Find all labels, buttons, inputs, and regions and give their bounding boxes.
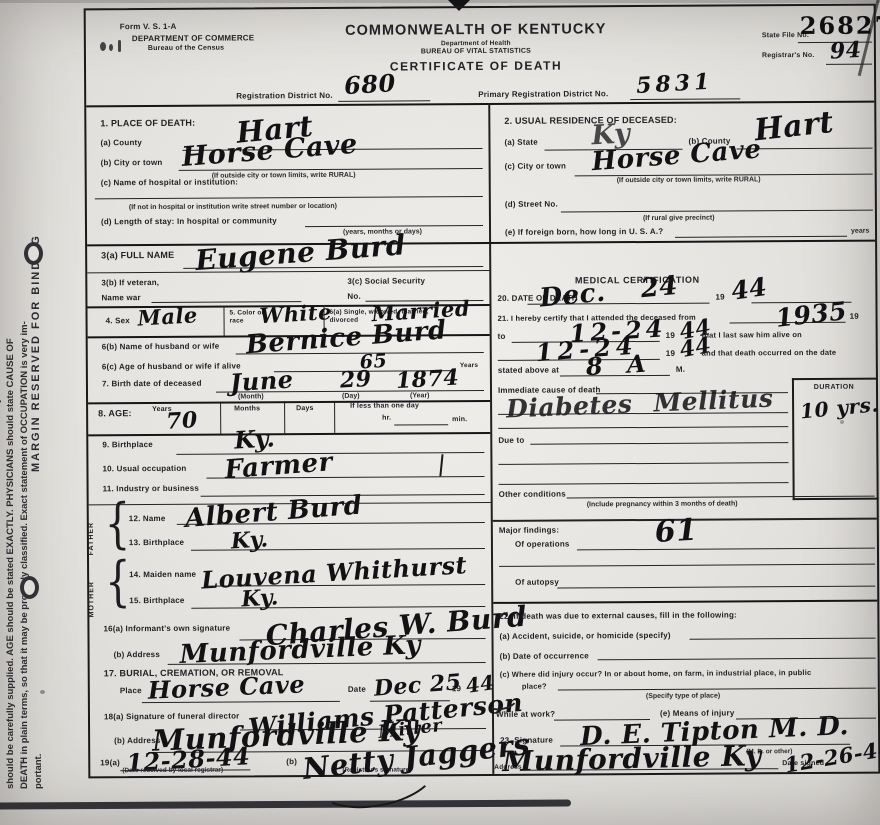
autopsy-label: Of autopsy [515, 578, 559, 587]
external-c-label: (c) Where did injury occur? In or about … [500, 668, 812, 679]
rule-line [630, 98, 740, 100]
certificate-form: Form V. S. 1-A DEPARTMENT OF COMMERCE Bu… [84, 4, 880, 779]
other-conditions-label: Other conditions [499, 489, 566, 498]
rule-line [86, 101, 874, 108]
dod-year-value: 44 [730, 274, 769, 304]
registrar-row-label-a: 19(a) [100, 758, 120, 767]
birth-year-value: 1874 [395, 367, 459, 393]
burial-date-label: Date [348, 685, 366, 694]
scan-bottom-band [0, 799, 571, 809]
rule-line [499, 564, 875, 567]
veteran-label: 3(b) If veteran, [101, 278, 159, 287]
state-file-number: 26827 [800, 13, 880, 38]
rule-line [675, 236, 847, 238]
bureau-vital-label: BUREAU OF VITAL STATISTICS [326, 47, 626, 56]
color-value: White [259, 301, 332, 326]
sex-value: Male [137, 304, 198, 328]
operations-mark-value: 61 [654, 516, 698, 548]
rule-line [87, 270, 489, 273]
margin-binding-note: MARGIN RESERVED FOR BINDING [30, 234, 42, 472]
pod-hospital-note: (If not in hospital or institution write… [129, 203, 337, 211]
primary-district-label: Primary Registration District No. [478, 89, 608, 99]
binding-hole-icon [20, 576, 39, 599]
cell-divider [334, 401, 335, 433]
physician-addr-value: Munfordville Ky [502, 742, 762, 776]
father-name-value: Albert Burd [184, 493, 363, 532]
scan-top-smear [0, 0, 880, 3]
m-label: M. [676, 365, 685, 374]
mother-bp-value: Ky. [241, 586, 280, 610]
birth-date-label: 7. Birth date of deceased [102, 379, 202, 389]
birth-month-sub: (Month) [238, 393, 264, 400]
other-conditions-note: (Include pregnancy within 3 months of de… [587, 500, 738, 508]
res-county-value: Hart [753, 108, 835, 147]
cell-divider [284, 401, 285, 433]
to-year-prefix: 19 [666, 331, 675, 340]
rule-line [690, 638, 876, 640]
rule-line [558, 688, 876, 691]
informant-addr-label: (b) Address [114, 650, 160, 659]
mother-bp-label: 15. Birthplace [129, 596, 184, 605]
rule-line [394, 424, 448, 425]
birth-day-value: 29 [339, 368, 372, 392]
certify-year-prefix: 19 [850, 312, 859, 321]
margin-note-line2: should be carefully supplied. AGE should… [5, 338, 16, 789]
father-name-label: 12. Name [129, 514, 166, 523]
sex-label: 4. Sex [106, 316, 130, 325]
birth-month-value: June [229, 368, 294, 396]
rule-line [557, 586, 875, 589]
age-less-label: If less than one day [350, 402, 419, 409]
registrar-row-label-b: (b) [286, 757, 297, 766]
external-b-label: (b) Date of occurrence [500, 651, 589, 661]
rule-line [338, 100, 430, 102]
burial-place-value: Horse Cave [147, 672, 305, 702]
certify-end-label: and that death occurred on the date [702, 348, 837, 358]
full-name-label: 3(a) FULL NAME [101, 250, 174, 260]
father-bp-label: 13. Birthplace [129, 538, 184, 547]
pen-mark [439, 454, 443, 476]
death-time-value: 8 A [585, 351, 654, 379]
rule-line [577, 548, 875, 551]
res-street-note: (If rural give precinct) [643, 215, 715, 222]
rule-line [493, 600, 877, 604]
res-foreign-label: (e) If foreign born, how long in U. S. A… [505, 227, 663, 237]
rule-line [95, 196, 483, 199]
registrar-number: 94 [829, 39, 862, 63]
rule-line [88, 432, 490, 436]
form-number: Form V. S. 1-A [120, 22, 177, 31]
dod-year-prefix: 19 [715, 293, 724, 302]
burial-year-prefix: 19 [452, 684, 461, 693]
color-label2: race [230, 317, 244, 324]
rule-line [88, 400, 490, 404]
ssn-label: 3(c) Social Security [347, 276, 425, 285]
director-label: 18(a) Signature of funeral director [104, 711, 240, 721]
place-of-death-heading: 1. PLACE OF DEATH: [100, 118, 195, 129]
pod-city-label: (b) City or town [101, 158, 163, 167]
father-label: FATHER [88, 522, 95, 556]
rule-line [530, 442, 788, 445]
res-city-note: (If outside city or town limits, write R… [617, 176, 761, 184]
age-label: 8. AGE: [98, 408, 132, 418]
mother-label: MOTHER [88, 581, 95, 617]
reg-district-number: 680 [343, 71, 396, 98]
pod-county-label: (a) County [100, 138, 142, 147]
death-certificate-scan: N. B.—WRITE PLAINLY WITH UNFADING INK—TH… [0, 0, 880, 825]
occupation-value: Farmer [224, 449, 334, 483]
rule-line [826, 64, 872, 65]
rule-line [598, 658, 876, 661]
margin-note-line1: N. B.—WRITE PLAINLY WITH UNFADING INK—TH… [0, 309, 2, 789]
external-heading: 22. If death was due to external causes,… [499, 610, 737, 620]
duration-label: DURATION [794, 384, 874, 391]
primary-district-number: 5831 [636, 71, 714, 97]
external-c-label2: place? [522, 682, 547, 691]
operations-label: Of operations [515, 539, 570, 548]
external-a-label: (a) Accident, suicide, or homicide (spec… [499, 631, 670, 641]
spouse-age-suffix: Years [460, 362, 478, 369]
mid-year-prefix: 19 [666, 349, 675, 358]
res-state-label: (a) State [504, 138, 537, 147]
pod-stay-label: (d) Length of stay: In hospital or commu… [101, 216, 277, 226]
veteran-war-label: Name war [101, 293, 140, 302]
occupation-label: 10. Usual occupation [102, 464, 186, 474]
rule-line [498, 462, 788, 465]
ssn-no-label: No. [347, 292, 361, 301]
informant-sig-label: 16(a) Informant's own signature [103, 624, 230, 634]
due-to-label: Due to [498, 436, 524, 445]
rule-line [499, 482, 789, 485]
margin-note-line4: portant. [33, 754, 44, 789]
spouse-label: 6(b) Name of husband or wife [102, 342, 220, 352]
mother-brace: { [105, 555, 131, 609]
certify-mid-label: that I last saw him alive on [702, 330, 802, 340]
age-hr-label: hr. [382, 415, 391, 422]
father-bp-value: Ky. [230, 528, 269, 552]
commonwealth-title: COMMONWEALTH OF KENTUCKY [326, 21, 626, 39]
bureau-label: Bureau of the Census [148, 45, 224, 52]
rule-line [561, 210, 873, 213]
industry-label: 11. Industry or business [103, 484, 199, 494]
age-days-label: Days [296, 405, 314, 412]
father-brace: { [105, 497, 131, 551]
cell-divider [220, 402, 221, 434]
burial-place-label: Place [120, 686, 142, 695]
spouse-age-label: 6(c) Age of husband or wife if alive [102, 361, 241, 371]
full-name-value: Eugene Burd [194, 231, 406, 275]
external-c-note: (Specify type of place) [646, 693, 720, 700]
mother-name-label: 14. Maiden name [129, 570, 196, 579]
department-label: DEPARTMENT OF COMMERCE [132, 33, 255, 43]
res-foreign-suffix: years [851, 228, 869, 235]
pod-hospital-label: (c) Name of hospital or institution: [101, 177, 238, 187]
age-min-label: min. [452, 416, 467, 423]
rule-line [498, 426, 788, 429]
pod-city-value: Horse Cave [181, 131, 359, 171]
reg-district-label: Registration District No. [236, 91, 333, 101]
date-received-note: (Date received by local registrar) [122, 767, 223, 775]
rule-line [305, 225, 483, 227]
margin-note-line3: DEATH in plain terms, so that it may be … [19, 321, 30, 789]
findings-label: Major findings: [499, 526, 559, 535]
birth-year-sub: (Year) [410, 392, 430, 399]
to-label: to [498, 332, 506, 341]
age-months-label: Months [234, 405, 260, 412]
work-label: While at work? [496, 710, 555, 719]
cell-divider [223, 306, 224, 336]
res-city-label: (c) City or town [505, 161, 566, 170]
binding-hole-icon [24, 242, 43, 265]
attended-from-value: 1935 [774, 298, 848, 331]
birth-day-sub: (Day) [342, 393, 360, 400]
age-years-value: 70 [166, 409, 199, 433]
res-street-label: (d) Street No. [505, 200, 558, 209]
stated-label: stated above at [498, 366, 559, 375]
birthplace-value: Ky. [234, 426, 276, 452]
registrar-no-label: Registrar's No. [762, 52, 815, 59]
scan-speck [40, 690, 45, 694]
birthplace-label: 9. Birthplace [102, 440, 153, 449]
